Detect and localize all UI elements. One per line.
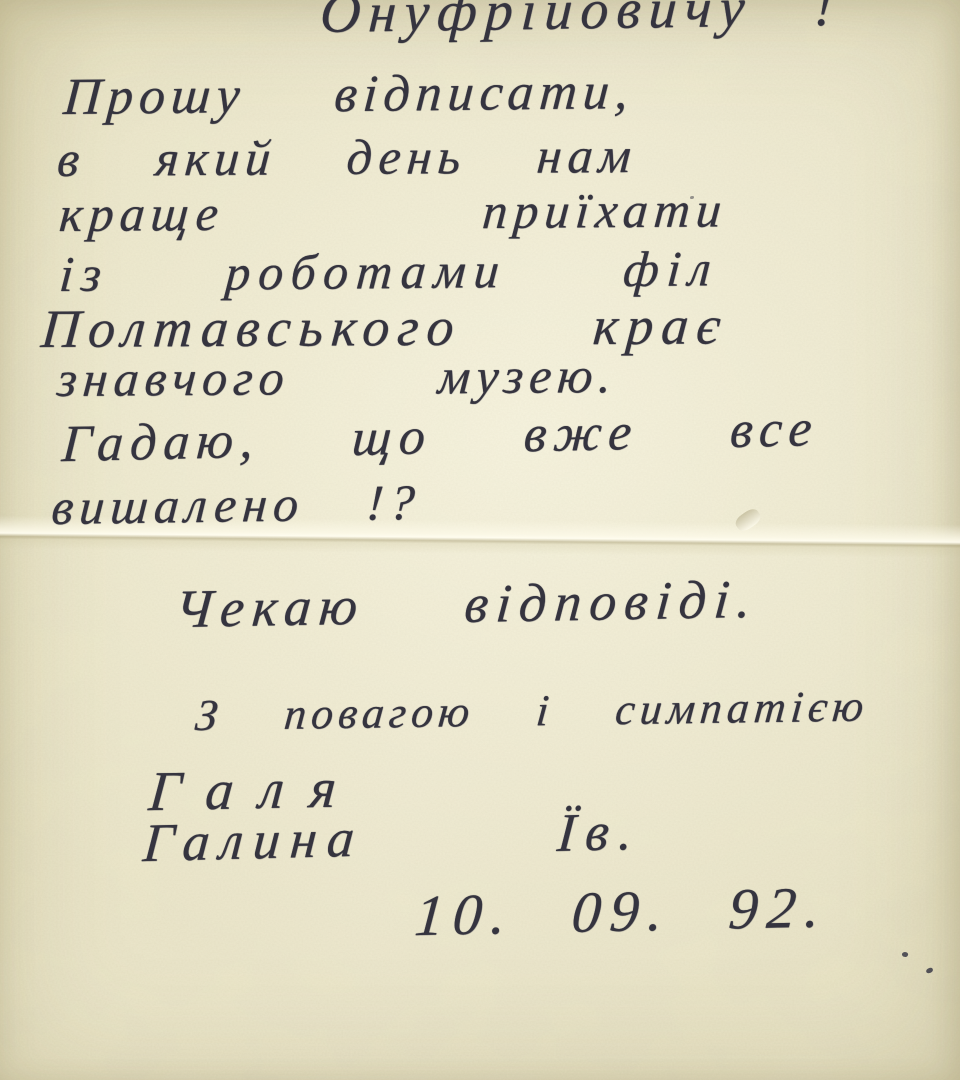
handwritten-line-closing: Чекаю відповіді.: [173, 568, 762, 640]
handwritten-line-greeting: Онуфрійовичу !: [318, 0, 842, 46]
ink-speck: [901, 951, 908, 958]
handwritten-line-body-3: краще приїхати: [57, 180, 729, 243]
handwritten-line-signature-2: Галина Їв.: [141, 800, 645, 874]
ink-speck: [925, 967, 933, 974]
handwritten-line-body-6: знавчого музею.: [55, 346, 619, 408]
handwritten-line-body-4: із роботами філ: [57, 239, 721, 303]
handwritten-line-body-8: вишалено !?: [50, 473, 423, 536]
handwritten-line-valediction: З повагою і симпатією: [193, 681, 870, 741]
handwritten-line-date: 10. 09. 92.: [412, 873, 831, 949]
handwritten-line-body-2: в який день нам: [55, 126, 639, 188]
handwritten-line-body-7: Гадаю, що вже все: [60, 399, 821, 474]
handwritten-line-body-1: Прошу відписати,: [61, 62, 636, 127]
letter-paper: Онуфрійовичу ! Прошу відписати, в який д…: [0, 0, 960, 1080]
